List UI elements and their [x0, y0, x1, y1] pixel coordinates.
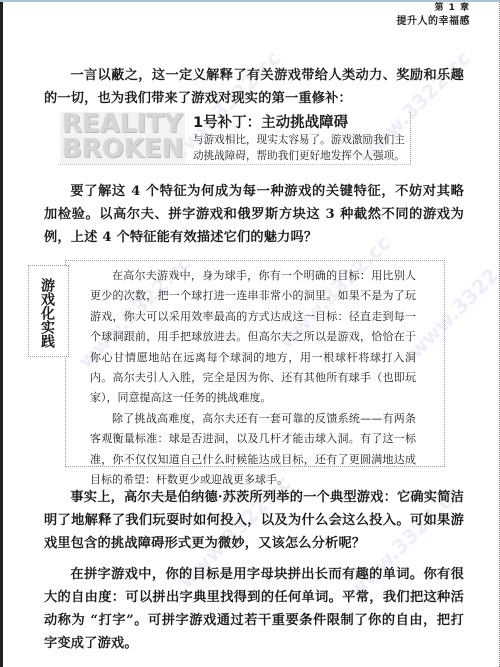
- patch-title: 1号补丁：主动挑战障碍: [193, 113, 348, 133]
- patch-callout: REALITY IS BROKEN 1号补丁：主动挑战障碍 与游戏相比，现实太容…: [60, 112, 411, 165]
- book-logo-line2: BROKEN: [60, 137, 185, 162]
- patch-body: 与游戏相比，现实太容易了。游戏激励我们主动挑战障碍，帮助我们更好地发挥个人强项。: [193, 133, 408, 164]
- case-study-paragraph: 在高尔夫游戏中，身为球手，你有一个明确的目标：用比别人更少的次数，把一个球打进一…: [90, 266, 416, 409]
- case-study-paragraph: 除了挑战高难度，高尔夫还有一套可靠的反馈系统——有两条客观衡量标准：球是否进洞，…: [90, 409, 416, 491]
- paragraph-scrabble-text: 在拼字游戏中，你的目标是用字母块拼出长而有趣的单词。你有很大的自由度：可以拼出字…: [44, 563, 464, 655]
- paragraph-examine-text: 要了解这 4 个特征为何成为每一种游戏的关键特征，不妨对其略加检验。以高尔夫、拼…: [44, 180, 464, 249]
- chapter-number: 第 1 章: [397, 2, 471, 14]
- paragraph-suits: 事实上，高尔夫是伯纳德·苏茨所列举的一个典型游戏：它确实简洁明了地解释了我们玩耍…: [44, 486, 464, 555]
- chapter-title: 提升人的幸福感: [397, 15, 471, 29]
- paragraph-suits-text: 事实上，高尔夫是伯纳德·苏茨所列举的一个典型游戏：它确实简洁明了地解释了我们玩耍…: [44, 486, 464, 555]
- paragraph-intro-text: 一言以蔽之，这一定义解释了有关游戏带给人类动力、奖励和乐趣的一切，也为我们带来了…: [44, 64, 464, 110]
- case-study-label: 游戏化实践: [39, 278, 55, 348]
- page-left-edge: [0, 2, 3, 667]
- running-header: 第 1 章 提升人的幸福感: [397, 2, 471, 29]
- paragraph-examine: 要了解这 4 个特征为何成为每一种游戏的关键特征，不妨对其略加检验。以高尔夫、拼…: [44, 180, 464, 249]
- case-study-text: 在高尔夫游戏中，身为球手，你有一个明确的目标：用比别人更少的次数，把一个球打进一…: [90, 266, 416, 490]
- book-logo-image: REALITY IS BROKEN: [60, 112, 185, 164]
- paragraph-intro: 一言以蔽之，这一定义解释了有关游戏带给人类动力、奖励和乐趣的一切，也为我们带来了…: [44, 64, 464, 110]
- paragraph-scrabble: 在拼字游戏中，你的目标是用字母块拼出长而有趣的单词。你有很大的自由度：可以拼出字…: [44, 563, 464, 655]
- case-study-tab: 游戏化实践: [28, 265, 69, 357]
